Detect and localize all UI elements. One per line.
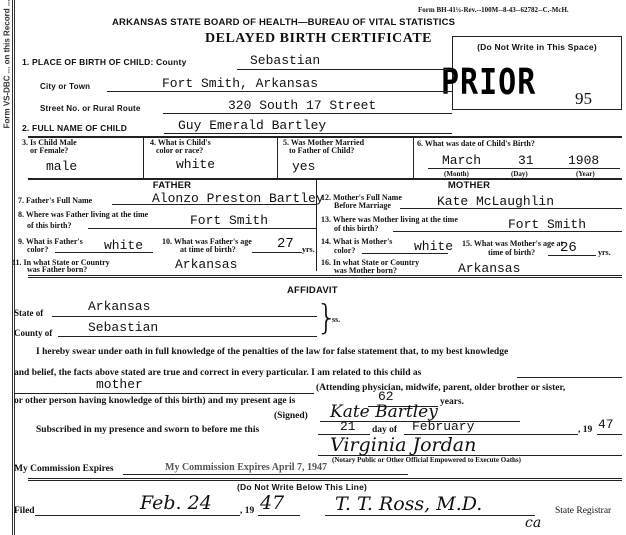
father-residence-label-1: 8. Where was Father living at the time xyxy=(18,211,148,219)
father-age-unit: yrs. xyxy=(302,246,315,254)
subscribed-month: February xyxy=(412,420,474,434)
place-of-birth-label: 1. PLACE OF BIRTH OF CHILD: County xyxy=(22,58,187,67)
county-label: County of xyxy=(14,329,52,337)
child-name-value: Guy Emerald Bartley xyxy=(178,119,326,133)
mother-residence-label-2: of this birth? xyxy=(334,225,378,233)
registrar-signature: T. T. Ross, M.D. xyxy=(335,493,482,515)
office-use-label: (Do Not Write in This Space) xyxy=(453,43,621,52)
father-age-label-2: at time of birth? xyxy=(180,246,236,254)
father-age-value: 27 xyxy=(277,237,294,251)
mother-birthplace-label-2: was Mother born? xyxy=(334,267,397,275)
year-prefix: , 19 xyxy=(578,424,592,436)
dob-month: March xyxy=(442,154,481,168)
affidavit-heading: AFFIDAVIT xyxy=(287,286,338,295)
subscribed-day: 21 xyxy=(340,420,356,434)
mother-residence-value: Fort Smith xyxy=(508,218,586,232)
ss-label: ss. xyxy=(332,316,340,324)
left-margin: Form VS-DBC ... on this Record ... xyxy=(0,0,15,535)
day-caption: (Day) xyxy=(511,170,528,178)
margin-rotated-text: Form VS-DBC ... on this Record ... xyxy=(3,0,12,530)
oath-line-1: I hereby swear under oath in full knowle… xyxy=(36,346,508,358)
father-birthplace-value: Arkansas xyxy=(175,258,237,272)
married-label: 5. Was Mother Married to Father of Child… xyxy=(283,139,364,155)
filed-year: 47 xyxy=(260,492,284,514)
filed-label: Filed xyxy=(14,505,35,517)
office-use-box: (Do Not Write in This Space) PRIOR 95 xyxy=(452,36,622,110)
registrar-initials: ca xyxy=(525,515,541,531)
mother-color-label-2: color? xyxy=(334,247,355,255)
oath-line-4: or other person having knowledge of this… xyxy=(14,395,295,407)
state-value: Arkansas xyxy=(88,300,150,314)
mother-age-label-1: 15. What was Mother's age at xyxy=(462,240,563,248)
city-label: City or Town xyxy=(40,82,90,91)
registrar-label: State Registrar xyxy=(555,505,611,517)
subscribed-year: 47 xyxy=(598,418,614,432)
father-residence-value: Fort Smith xyxy=(190,214,268,228)
oath-line-2: and belief, the facts above stated are t… xyxy=(14,367,421,379)
county-value: Sebastian xyxy=(88,321,158,335)
state-label: State of xyxy=(14,309,43,317)
year-caption: (Year) xyxy=(576,170,595,178)
agency-heading: ARKANSAS STATE BOARD OF HEALTH—BUREAU OF… xyxy=(112,18,455,27)
mother-age-unit: yrs. xyxy=(598,249,611,257)
dob-label: 6. What was date of Child's Birth? xyxy=(417,140,535,148)
race-label: 4. What is Child's color or race? xyxy=(150,139,211,155)
father-name-value: Alonzo Preston Bartley xyxy=(152,192,324,206)
month-caption: (Month) xyxy=(444,170,469,178)
married-value: yes xyxy=(292,160,315,174)
sex-label: 3. Is Child Male or Female? xyxy=(22,139,77,155)
relation-value: mother xyxy=(96,378,143,392)
birth-street-value: 320 South 17 Street xyxy=(228,99,376,113)
birth-county-value: Sebastian xyxy=(250,54,320,68)
filed-date: Feb. 24 xyxy=(140,492,212,514)
relation-caption: (Attending physician, midwife, parent, o… xyxy=(316,382,565,394)
child-name-label: 2. FULL NAME OF CHILD xyxy=(22,124,127,133)
mother-age-label-2: time of birth? xyxy=(488,249,535,257)
mother-name-label-2: Before Marriage xyxy=(334,202,391,210)
mother-color-label-1: 14. What is Mother's xyxy=(321,238,392,246)
notary-signature: Virginia Jordan xyxy=(330,434,476,456)
race-value: white xyxy=(176,158,215,172)
do-not-write-below: (Do Not Write Below This Line) xyxy=(237,483,367,492)
birth-city-value: Fort Smith, Arkansas xyxy=(162,77,318,91)
dob-year: 1908 xyxy=(568,154,599,168)
years-label: years. xyxy=(440,396,464,408)
mother-age-value: 26 xyxy=(560,241,577,255)
mother-residence-label-1: 13. Where was Mother living at the time xyxy=(321,216,458,224)
filed-year-prefix: , 19 xyxy=(240,505,254,517)
mother-color-value: white xyxy=(414,240,453,254)
notary-caption: (Notary Public or Other Official Empower… xyxy=(332,456,521,464)
commission-stamp: My Commission Expires April 7, 1947 xyxy=(165,462,327,473)
signed-label: (Signed) xyxy=(274,410,308,422)
page-title: DELAYED BIRTH CERTIFICATE xyxy=(205,31,432,47)
father-birthplace-label-2: was Father born? xyxy=(27,266,87,274)
subscribed-label: Subscribed in my presence and sworn to b… xyxy=(36,424,259,436)
prior-stamp: PRIOR xyxy=(441,62,536,104)
dob-day: 31 xyxy=(518,154,534,168)
office-number: 95 xyxy=(575,89,592,109)
father-color-value: white xyxy=(104,239,143,253)
father-heading: FATHER xyxy=(28,181,316,190)
form-number: Form BH-41¼-Rev.--100M--8-43--62782--C.-… xyxy=(418,6,569,14)
sex-value: male xyxy=(46,160,77,174)
father-residence-label-2: of this birth? xyxy=(27,222,71,230)
father-color-label-2: color? xyxy=(27,246,48,254)
commission-label: My Commission Expires xyxy=(14,463,114,475)
mother-heading: MOTHER xyxy=(316,181,622,190)
mother-name-value: Kate McLaughlin xyxy=(437,195,554,209)
father-name-label: 7. Father's Full Name xyxy=(18,197,92,205)
mother-birthplace-value: Arkansas xyxy=(458,262,520,276)
street-label: Street No. or Rural Route xyxy=(40,104,141,113)
